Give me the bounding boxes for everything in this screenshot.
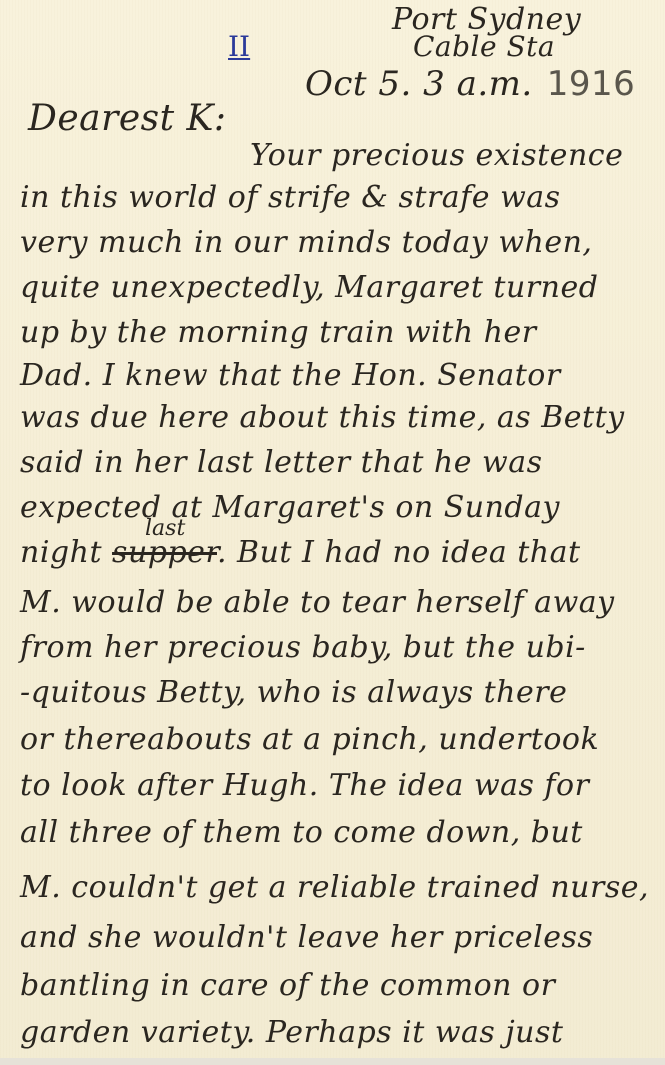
body-line: or thereabouts at a pinch, undertook	[20, 722, 599, 757]
body-line: all three of them to come down, but	[20, 815, 583, 850]
body-line: quite unexpectedly, Margaret turned	[20, 270, 598, 305]
letter-page: II Port Sydney Cable Sta Oct 5. 3 a.m.19…	[0, 0, 665, 1058]
body-line: Dad. I knew that the Hon. Senator	[20, 358, 561, 393]
body-line: in this world of strife & strafe was	[20, 180, 561, 215]
body-line: expected at Margaret's on Sunday	[20, 490, 560, 525]
body-line: was due here about this time, as Betty	[20, 400, 625, 435]
body-line-rest: . But I had no idea that	[217, 535, 581, 570]
body-line: M. couldn't get a reliable trained nurse…	[20, 870, 649, 905]
salutation: Dearest K:	[28, 98, 227, 139]
letter-date: Oct 5. 3 a.m.1916	[305, 64, 635, 104]
page-number: II	[228, 30, 250, 63]
page-bottom-edge	[0, 1058, 665, 1065]
body-line: said in her last letter that he was	[20, 445, 543, 480]
date-text: Oct 5. 3 a.m.	[305, 64, 533, 104]
body-line: Your precious existence	[250, 138, 623, 173]
body-line: night supper. But I had no idea that	[20, 535, 581, 570]
body-line: bantling in care of the common or	[20, 968, 555, 1003]
struck-word: supper	[112, 535, 217, 570]
location-line-2: Cable Sta	[413, 30, 555, 63]
body-line: very much in our minds today when,	[20, 225, 592, 260]
body-line-start: night	[20, 535, 102, 570]
body-line: -quitous Betty, who is always there	[20, 675, 567, 710]
body-line: M. would be able to tear herself away	[20, 585, 615, 620]
year-text: 1916	[547, 64, 636, 104]
body-line: to look after Hugh. The idea was for	[20, 768, 589, 803]
body-line: from her precious baby, but the ubi-	[20, 630, 586, 665]
body-line: up by the morning train with her	[20, 315, 537, 350]
body-line: garden variety. Perhaps it was just	[20, 1015, 563, 1050]
body-line: and she wouldn't leave her priceless	[20, 920, 593, 955]
